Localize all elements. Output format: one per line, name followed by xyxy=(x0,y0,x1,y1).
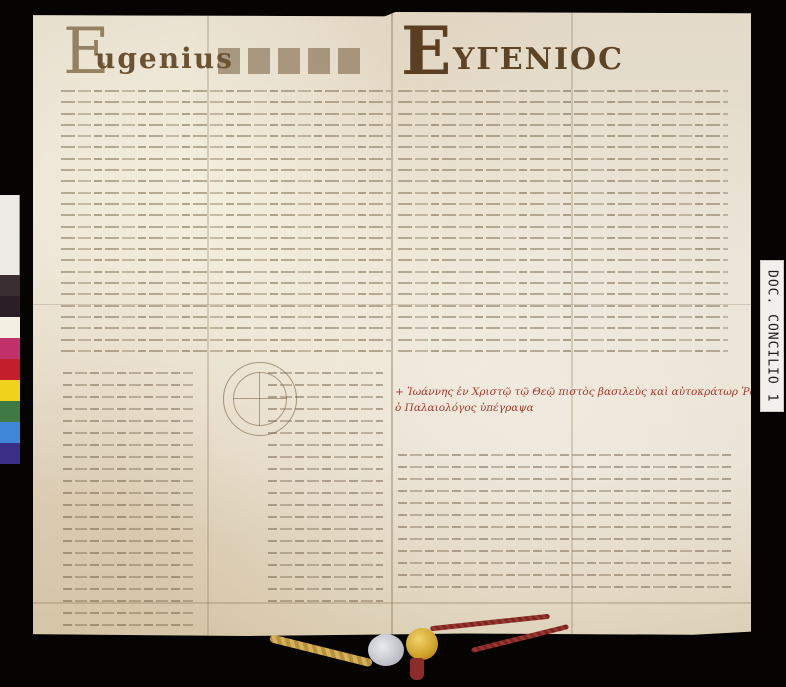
latin-text-block xyxy=(61,90,391,361)
archive-label: DOC. CONCILIO 1 xyxy=(760,260,784,412)
document-photo: E ugenius Ε ΥΓΕΝΙΟC xyxy=(0,0,786,687)
calibration-swatch xyxy=(0,275,20,296)
latin-heading-elongated-letters xyxy=(218,48,368,74)
fold-line-center xyxy=(391,12,393,636)
archive-label-text: DOC. CONCILIO 1 xyxy=(765,270,780,402)
rota-sign xyxy=(223,362,297,436)
calibration-label-card xyxy=(0,195,20,275)
latin-signatures-left xyxy=(63,372,193,636)
greek-heading: ΥΓΕΝΙΟC xyxy=(453,42,624,77)
calibration-swatch xyxy=(0,422,20,443)
greek-initial-letter: Ε xyxy=(401,18,451,84)
red-signature-line-2: ὁ Παλαιολόγος ὑπέγραψα xyxy=(395,400,786,416)
calibration-swatch xyxy=(0,296,20,317)
calibration-swatch xyxy=(0,380,20,401)
calibration-swatch xyxy=(0,338,20,359)
calibration-swatch xyxy=(0,443,20,464)
calibration-swatch xyxy=(0,401,20,422)
parchment-sheet: E ugenius Ε ΥΓΕΝΙΟC xyxy=(33,12,751,636)
silver-seal xyxy=(368,634,404,666)
calibration-swatch xyxy=(0,359,20,380)
red-tassel xyxy=(410,658,424,680)
latin-heading: ugenius xyxy=(95,42,234,75)
gold-seal xyxy=(406,628,438,660)
greek-signatures xyxy=(398,454,733,598)
red-signature-line-1: + Ἰωάννης ἐν Χριστῷ τῷ Θεῷ πιστὸς βασιλε… xyxy=(395,384,786,400)
emperor-red-signature: + Ἰωάννης ἐν Χριστῷ τῷ Θεῷ πιστὸς βασιλε… xyxy=(395,384,786,416)
calibration-swatch xyxy=(0,317,20,338)
greek-text-block xyxy=(398,90,728,361)
gold-silk-cord xyxy=(269,634,373,667)
color-calibration-strip xyxy=(0,195,20,464)
